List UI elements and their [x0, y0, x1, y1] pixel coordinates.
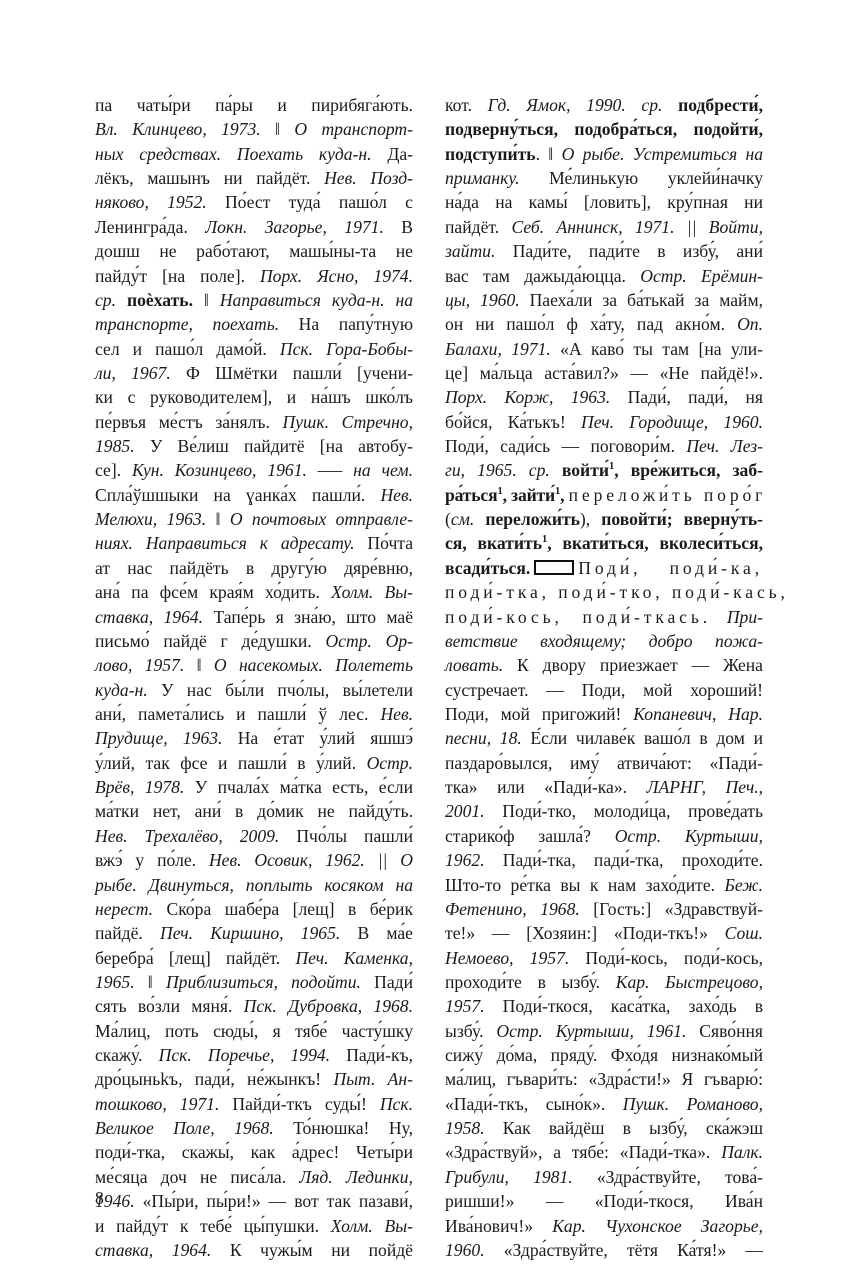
text-line: подступи́ть. ‖ О рыбе. Устремиться на: [445, 142, 763, 166]
citation-italic: цы, 1960.: [445, 290, 520, 310]
text-run: Поди́-кось, поди́-кось,: [569, 948, 763, 968]
text-run: По́чта: [354, 533, 413, 553]
text-line: тка» или «Пади́-ка». ЛАРНГ, Печ.,: [445, 775, 763, 799]
text-run: Поди, мой пригожий!: [445, 704, 633, 724]
citation-italic: 1965. ‖ Приблизиться, подойти.: [95, 972, 361, 992]
text-line: сустречает. — Поди, мой хороший!: [445, 678, 763, 702]
citation-italic: куда-н.: [95, 680, 148, 700]
citation-italic: Порх. Корж, 1963.: [445, 387, 610, 407]
text-line: кот. Гд. Ямок, 1990. ср. подбрести́,: [445, 93, 763, 117]
text-line: Вл. Клинцево, 1973. ‖ О транспорт-: [95, 117, 413, 141]
text-run: паздаро́вылся, иму́ атвича́ют: «Пади́-: [445, 753, 763, 773]
text-run: ришши!» — «Поди́-ткося, Ива́н: [445, 1191, 763, 1211]
text-run: тка» или «Пади́-ка».: [445, 777, 647, 797]
text-run: се].: [95, 460, 132, 480]
citation-italic: Пск. Дубровка, 1968.: [244, 996, 413, 1016]
text-run: Пчо́лы пашли́: [279, 826, 413, 846]
text-line: Прудище, 1963. На е́тат у́лий яшшэ́: [95, 726, 413, 750]
citation-italic: Холм. Вы-: [331, 582, 413, 602]
text-line: паздаро́вылся, иму́ атвича́ют: «Пади́-: [445, 751, 763, 775]
citation-italic: Нев. Трехалёво, 2009.: [95, 826, 279, 846]
text-run: це] ма́льца аста́вил?» — «Не пайдё!».: [445, 363, 763, 383]
citation-italic: Палк.: [721, 1142, 763, 1162]
text-run: сижу́ до́ма, пряду́. Фхо́дя низнако́мый: [445, 1045, 763, 1065]
citation-italic: см.: [451, 509, 474, 529]
text-run: Пади́, пади́, ня: [610, 387, 763, 407]
citation-italic: Вл. Клинцево, 1973. ‖ О транспорт-: [95, 119, 413, 139]
text-run: дошш не рабо́тают, машы́ны-та не: [95, 241, 413, 261]
citation-italic: лово, 1957. ‖ О насекомых. Полететь: [95, 655, 413, 675]
citation-italic: Грибули, 1981.: [445, 1167, 573, 1187]
citation-italic: приманку.: [445, 168, 519, 188]
text-run: скажу́.: [95, 1045, 159, 1065]
text-run: Поди́-тко, молоди́ца, прове́дать: [485, 801, 763, 821]
text-line: песни, 18. Е́сли чилаве́к вашо́л в дом и: [445, 726, 763, 750]
text-run: Пади́-тка, пади́-тка, проходи́те.: [485, 850, 763, 870]
text-line: Ива́нович!» Кар. Чухонское Загорье,: [445, 1214, 763, 1238]
headword-bold: ,: [560, 485, 568, 505]
text-line: се]. Кун. Козинцево, 1961. —– на чем.: [95, 458, 413, 482]
text-line: сять во́зли мяня́. Пск. Дубровка, 1968.: [95, 994, 413, 1018]
citation-italic: Локн. Загорье, 1971.: [205, 217, 384, 237]
text-run: па чаты́ри па́ры и пирибяга́ють.: [95, 95, 413, 115]
citation-italic: Пск. Гора-Бобы-: [280, 339, 413, 359]
text-run: [662, 95, 678, 115]
citation-italic: Себ. Аннинск, 1971. || Войти,: [511, 217, 763, 237]
citation-italic: Копаневич, Нар.: [633, 704, 763, 724]
citation-italic: ср.: [95, 290, 127, 310]
text-line: ызбу́. Остр. Куртыши, 1961. Сяво́ння: [445, 1019, 763, 1043]
text-line: вжэ́ у по́ле. Нев. Осовик, 1962. || О: [95, 848, 413, 872]
text-line: вас там дажыда́юцца. Остр. Ерёмин-: [445, 264, 763, 288]
text-run: Тапе́рь я зна́ю, што маё: [203, 607, 413, 627]
citation-italic: Печ. Каменка,: [295, 948, 413, 968]
text-run: Што-то ре́тка вы к нам захо́дите.: [445, 875, 724, 895]
text-line: 1957. Поди́-ткося, каса́тка, захо́дь в: [445, 994, 763, 1018]
text-line: поди́-тка, скажы́, как а́дрес! Четы́ри: [95, 1140, 413, 1164]
citation-italic: Направиться куда-н. на: [220, 290, 413, 310]
headword-bold: всади́ться.: [445, 558, 530, 578]
text-run: К чужы́м ни пойдё: [211, 1240, 413, 1260]
citation-italic: Остр. Ор-: [325, 631, 413, 651]
text-line: ловать. К двору приезжает — Жена: [445, 653, 763, 677]
text-run: у́лий, так фсе и пашли́ в у́лий.: [95, 753, 367, 773]
text-run: Пади́: [361, 972, 413, 992]
text-run: пайду́т [на поле].: [95, 266, 260, 286]
text-run: ки с руководителем], и на́шъ шко́лъ: [95, 387, 413, 407]
text-run: [Гость:] «Здравствуй-: [580, 899, 763, 919]
citation-italic: ниях. Направиться к адресату.: [95, 533, 354, 553]
citation-italic: Фетенино, 1968.: [445, 899, 580, 919]
text-line: (см. переложи́ть), повойти́; вверну́ть-: [445, 507, 763, 531]
text-run: ат нас пайдёть в другу́ю дяре́вню,: [95, 558, 413, 578]
citation-italic: Остр. Куртыши, 1961.: [496, 1021, 686, 1041]
text-run: [711, 607, 727, 627]
citation-italic: О рыбе. Устремиться на: [562, 144, 763, 164]
text-line: тошково, 1971. Пайди́-ткъ суды́! Пск.: [95, 1092, 413, 1116]
text-run: По́ест туда́ пашо́л с: [207, 192, 413, 212]
text-run: Пади́те, пади́те в избу́, ани́: [495, 241, 763, 261]
text-line: ли, 1967. Ф Шмётки пашли́ [учени-: [95, 361, 413, 385]
text-line: подверну́ться, подобра́ться, подойти́,: [445, 117, 763, 141]
text-line: ани́, памета́лись и пашли́ ў лес. Нев.: [95, 702, 413, 726]
text-run: То́нюшка! Ну,: [274, 1118, 413, 1138]
text-line: 1985. У Ве́лиш пайдитё [на автобу-: [95, 434, 413, 458]
text-run: пайдё.: [95, 923, 160, 943]
citation-italic: Гд. Ямок, 1990. ср.: [488, 95, 663, 115]
citation-italic: Остр. Ерёмин-: [640, 266, 763, 286]
spaced-phrase: Поди́, поди́-ка,: [578, 558, 763, 578]
text-run: ана́ па фсе́м края́м хо́дить.: [95, 582, 331, 602]
citation-italic: нерест.: [95, 899, 153, 919]
text-line: нерест. Ско́ра шабе́ра [лещ] в бе́рик: [95, 897, 413, 921]
text-run: На папу́тную: [279, 314, 413, 334]
text-line: старико́ф зашла́? Остр. Куртыши,: [445, 824, 763, 848]
text-run: «Здра́ствуйте, тётя Ка́тя!» —: [485, 1240, 763, 1260]
text-run: Поди́-ткося, каса́тка, захо́дь в: [485, 996, 763, 1016]
text-run: Как вайдёш в ызбу́, ска́жэш: [485, 1118, 763, 1138]
citation-italic: Печ. Киршино, 1965.: [160, 923, 340, 943]
text-run: пайдёт.: [445, 217, 511, 237]
phrase-marker-box-icon: [534, 560, 574, 575]
citation-italic: Пск. Поречье, 1994.: [159, 1045, 330, 1065]
citation-italic: Нев. Позд-: [324, 168, 413, 188]
text-run: Сяво́ння: [686, 1021, 763, 1041]
headword-bold: переложи́ть: [485, 509, 580, 529]
text-line: Ленингра́да. Локн. Загорье, 1971. В: [95, 215, 413, 239]
text-run: сустречает. — Поди, мой хороший!: [445, 680, 763, 700]
text-line: 1946. «Пы́ри, пы́ри!» — вот так пазави́,: [95, 1189, 413, 1213]
text-line: ных средствах. Поехать куда-н. Да-: [95, 142, 413, 166]
text-line: ана́ па фсе́м края́м хо́дить. Холм. Вы-: [95, 580, 413, 604]
text-line: Грибули, 1981. «Здра́ствуйте, това́-: [445, 1165, 763, 1189]
text-run: Ско́ра шабе́ра [лещ] в бе́рик: [153, 899, 413, 919]
text-line: Нев. Трехалёво, 2009. Пчо́лы пашли́: [95, 824, 413, 848]
headword-bold: , зайти́: [503, 485, 555, 505]
text-line: ставка, 1964. Тапе́рь я зна́ю, што маё: [95, 605, 413, 629]
text-line: няково, 1952. По́ест туда́ пашо́л с: [95, 190, 413, 214]
text-line: Балахи, 1971. «А каво́ ты там [на ули-: [445, 337, 763, 361]
text-line: лово, 1957. ‖ О насекомых. Полететь: [95, 653, 413, 677]
citation-italic: 1985.: [95, 436, 135, 456]
citation-italic: ветствие входящему; добро пожа-: [445, 631, 763, 651]
text-run: «Здра́ствуйте, това́-: [573, 1167, 763, 1187]
citation-italic: тошково, 1971.: [95, 1094, 219, 1114]
text-line: сел и пашо́л дамо́й. Пск. Гора-Бобы-: [95, 337, 413, 361]
citation-italic: песни, 18.: [445, 728, 522, 748]
citation-italic: 1957.: [445, 996, 485, 1016]
text-line: зайти. Пади́те, пади́те в избу́, ани́: [445, 239, 763, 263]
text-line: скажу́. Пск. Поречье, 1994. Пади́-къ,: [95, 1043, 413, 1067]
text-run: Паеха́ли за ба́тькай за майм,: [520, 290, 763, 310]
text-run: У нас бы́ли пчо́лы, вы́летели: [148, 680, 413, 700]
text-line: ср. поѐхать. ‖ Направиться куда-н. на: [95, 288, 413, 312]
citation-italic: рыбе. Двинуться, поплыть косяком на: [95, 875, 413, 895]
text-line: Порх. Корж, 1963. Пади́, пади́, ня: [445, 385, 763, 409]
citation-italic: 1960.: [445, 1240, 485, 1260]
text-run: Пади́-къ,: [330, 1045, 413, 1065]
citation-italic: Печ. Городище, 1960.: [581, 412, 763, 432]
citation-italic: Пыт. Ан-: [333, 1069, 413, 1089]
text-run: письмо́ пайдё г де́душки.: [95, 631, 325, 651]
text-line: «Пади́-ткъ, сыно́к». Пушк. Романово,: [445, 1092, 763, 1116]
spaced-phrase: поди́-тка, поди́-тко, поди́-кась,: [445, 582, 789, 602]
citation-italic: Печ. Лез-: [686, 436, 763, 456]
text-line: бо́йся, Ка́тькъ! Печ. Городище, 1960.: [445, 410, 763, 434]
text-run: ма́лиц, гъвари́ть: «Здра́сти!» Я гъварю́…: [445, 1069, 763, 1089]
citation-italic: Немоево, 1957.: [445, 948, 569, 968]
text-run: «Пади́-ткъ, сыно́к».: [445, 1094, 623, 1114]
text-run: и пайду́т к тебе́ цы́пушки.: [95, 1216, 331, 1236]
citation-italic: Беж.: [724, 875, 763, 895]
citation-italic: Ляд. Лединки,: [299, 1167, 413, 1187]
text-run: У пчала́х ма́тка есть, е́сли: [184, 777, 413, 797]
headword-bold: подступи́ть: [445, 144, 536, 164]
text-line: цы, 1960. Паеха́ли за ба́тькай за майм,: [445, 288, 763, 312]
text-line: ришши!» — «Поди́-ткося, Ива́н: [445, 1189, 763, 1213]
text-run: Да-: [372, 144, 413, 164]
text-run: сел и пашо́л дамо́й.: [95, 339, 280, 359]
text-run: вас там дажыда́юцца.: [445, 266, 640, 286]
text-run: ани́, памета́лись и пашли́ ў лес.: [95, 704, 380, 724]
text-line: Великое Поле, 1968. То́нюшка! Ну,: [95, 1116, 413, 1140]
text-line: ки с руководителем], и на́шъ шко́лъ: [95, 385, 413, 409]
text-line: пе́рвъя ме́стъ за́нялъ. Пушк. Стречно,: [95, 410, 413, 434]
citation-italic: Пушк. Стречно,: [283, 412, 413, 432]
citation-italic: Остр. Куртыши,: [615, 826, 763, 846]
text-line: «Здра́ствуй», а тябе́: «Пади́-тка». Палк…: [445, 1140, 763, 1164]
text-line: Врёв, 1978. У пчала́х ма́тка есть, е́сли: [95, 775, 413, 799]
headword-bold: подбрести́,: [678, 95, 763, 115]
page-number: 8: [95, 1186, 104, 1210]
text-run: лёкъ, машынъ ни пайдёт.: [95, 168, 324, 188]
headword-bold: , вкати́ться, вколеси́ться,: [547, 533, 763, 553]
text-line: беребра́ [лещ] пайдёт. Печ. Каменка,: [95, 946, 413, 970]
text-run: [474, 509, 485, 529]
citation-italic: Нев.: [380, 485, 413, 505]
left-column: па чаты́ри па́ры и пирибяга́ють.Вл. Клин…: [95, 93, 413, 1262]
citation-italic: ги, 1965. ср.: [445, 460, 550, 480]
text-run: К двору приезжает — Жена: [503, 655, 763, 675]
text-run: он ни пашо́л ф ха́ту, пад акно́м.: [445, 314, 737, 334]
text-line: приманку. Ме́линькую уклейи́начку: [445, 166, 763, 190]
text-line: пайдёт. Себ. Аннинск, 1971. || Войти,: [445, 215, 763, 239]
citation-italic: Пск.: [380, 1094, 413, 1114]
text-run: Пайди́-ткъ суды́!: [219, 1094, 379, 1114]
text-line: Мелюхи, 1963. ‖ О почтовых отправле-: [95, 507, 413, 531]
text-line: 1958. Как вайдёш в ызбу́, ска́жэш: [445, 1116, 763, 1140]
text-run: ызбу́.: [445, 1021, 496, 1041]
text-line: пайдё. Печ. Киршино, 1965. В ма́е: [95, 921, 413, 945]
citation-italic: Порх. Ясно, 1974.: [260, 266, 413, 286]
text-line: це] ма́льца аста́вил?» — «Не пайдё!».: [445, 361, 763, 385]
headword-bold: поѐхать.: [127, 290, 193, 310]
text-run: Ива́нович!»: [445, 1216, 552, 1236]
text-line: он ни пашо́л ф ха́ту, пад акно́м. Оп.: [445, 312, 763, 336]
citation-italic: Кар. Чухонское Загорье,: [552, 1216, 763, 1236]
citation-italic: Великое Поле, 1968.: [95, 1118, 274, 1138]
citation-italic: Остр.: [367, 753, 413, 773]
citation-italic: Нев. Осовик, 1962. || О: [209, 850, 413, 870]
citation-italic: няково, 1952.: [95, 192, 207, 212]
text-line: Што-то ре́тка вы к нам захо́дите. Беж.: [445, 873, 763, 897]
citation-italic: транспорте, поехать.: [95, 314, 279, 334]
text-line: Немоево, 1957. Поди́-кось, поди́-кось,: [445, 946, 763, 970]
text-run: Е́сли чилаве́к вашо́л в дом и: [522, 728, 763, 748]
text-run: вжэ́ у по́ле.: [95, 850, 209, 870]
citation-italic: ЛАРНГ, Печ.,: [647, 777, 763, 797]
text-run: Ленингра́да.: [95, 217, 205, 237]
text-run: «Здра́ствуй», а тябе́: «Пади́-тка».: [445, 1142, 721, 1162]
headword-bold: ра́ться: [445, 485, 497, 505]
text-run: сять во́зли мяня́.: [95, 996, 244, 1016]
citation-italic: ли, 1967.: [95, 363, 171, 383]
text-line: ги, 1965. ср. войти́1, вре́житься, заб-: [445, 458, 763, 482]
citation-italic: Нев.: [380, 704, 413, 724]
text-line: ат нас пайдёть в другу́ю дяре́вню,: [95, 556, 413, 580]
text-line: ся, вкати́ть1, вкати́ться, вколеси́ться,: [445, 531, 763, 555]
spaced-phrase: поди́-кось, поди́-ткась.: [445, 607, 711, 627]
text-run: те!» — [Хозяин:] «Поди-ткъ!»: [445, 923, 725, 943]
text-run: старико́ф зашла́?: [445, 826, 615, 846]
text-run: поди́-тка, скажы́, как а́дрес! Четы́ри: [95, 1142, 413, 1162]
text-line: Спла́ўшшыки на ɣанка́х пашли́. Нев.: [95, 483, 413, 507]
text-run: пе́рвъя ме́стъ за́нялъ.: [95, 412, 283, 432]
citation-italic: Прудище, 1963.: [95, 728, 222, 748]
text-run: проходи́те в ызбу́.: [445, 972, 616, 992]
text-line: ма́тки нет, ани́ в до́мик не пайду́ть.: [95, 799, 413, 823]
text-run: Ма́лиц, поть сюды́, я тябе́ часту́шку: [95, 1021, 413, 1041]
text-line: куда-н. У нас бы́ли пчо́лы, вы́летели: [95, 678, 413, 702]
citation-italic: ставка, 1964.: [95, 607, 203, 627]
text-line: поди́-тка, поди́-тко, поди́-кась,: [445, 580, 763, 604]
text-line: у́лий, так фсе и пашли́ в у́лий. Остр.: [95, 751, 413, 775]
text-run: В ма́е: [340, 923, 413, 943]
text-line: ветствие входящему; добро пожа-: [445, 629, 763, 653]
text-line: ма́лиц, гъвари́ть: «Здра́сти!» Я гъварю́…: [445, 1067, 763, 1091]
text-run: Поди́, сади́сь — поговори́м.: [445, 436, 686, 456]
text-line: дро́цыньkъ, пади́, не́жынкъ! Пыт. Ан-: [95, 1067, 413, 1091]
headword-bold: подверну́ться, подобра́ться, подойти́,: [445, 119, 763, 139]
citation-italic: При-: [727, 607, 763, 627]
text-run: кот.: [445, 95, 488, 115]
spaced-phrase: переложи́ть поро́г: [569, 485, 767, 505]
text-run: [550, 460, 562, 480]
text-line: на́да на камы́ [ловить], кру́пная ни: [445, 190, 763, 214]
citation-italic: Сош.: [725, 923, 763, 943]
text-run: Ме́линькую уклейи́начку: [519, 168, 763, 188]
text-line: проходи́те в ызбу́. Кар. Быстрецово,: [445, 970, 763, 994]
text-run: . ‖: [536, 144, 562, 164]
text-run: «Пы́ри, пы́ри!» — вот так пазави́,: [135, 1191, 413, 1211]
text-run: дро́цыньkъ, пади́, не́жынкъ!: [95, 1069, 333, 1089]
text-line: 1960. «Здра́ствуйте, тётя Ка́тя!» —: [445, 1238, 763, 1262]
text-line: поди́-кось, поди́-ткась. При-: [445, 605, 763, 629]
text-run: У Ве́лиш пайдитё [на автобу-: [135, 436, 413, 456]
headword-bold: войти́: [562, 460, 609, 480]
text-line: Поди́, сади́сь — поговори́м. Печ. Лез-: [445, 434, 763, 458]
text-run: ма́тки нет, ани́ в до́мик не пайду́ть.: [95, 801, 413, 821]
citation-italic: Кун. Козинцево, 1961. —– на чем.: [132, 460, 413, 480]
text-run: на́да на камы́ [ловить], кру́пная ни: [445, 192, 763, 212]
text-line: 1962. Пади́-тка, пади́-тка, проходи́те.: [445, 848, 763, 872]
citation-italic: Кар. Быстрецово,: [616, 972, 763, 992]
headword-bold: ся, вкати́ть: [445, 533, 542, 553]
headword-bold: , вре́житься, заб-: [614, 460, 763, 480]
text-line: и пайду́т к тебе́ цы́пушки. Холм. Вы-: [95, 1214, 413, 1238]
text-line: всади́ться.Поди́, поди́-ка,: [445, 556, 763, 580]
text-line: лёкъ, машынъ ни пайдёт. Нев. Позд-: [95, 166, 413, 190]
citation-italic: зайти.: [445, 241, 495, 261]
text-line: рыбе. Двинуться, поплыть косяком на: [95, 873, 413, 897]
text-run: В: [384, 217, 413, 237]
text-run: беребра́ [лещ] пайдёт.: [95, 948, 295, 968]
text-line: пайду́т [на поле]. Порх. Ясно, 1974.: [95, 264, 413, 288]
citation-italic: Балахи, 1971.: [445, 339, 551, 359]
citation-italic: Врёв, 1978.: [95, 777, 184, 797]
text-line: Фетенино, 1968. [Гость:] «Здравствуй-: [445, 897, 763, 921]
citation-italic: ных средствах. Поехать куда-н.: [95, 144, 372, 164]
text-run: Ф Шмётки пашли́ [учени-: [171, 363, 413, 383]
text-line: те!» — [Хозяин:] «Поди-ткъ!» Сош.: [445, 921, 763, 945]
text-run: ме́сяца доч не писа́ла.: [95, 1167, 299, 1187]
citation-italic: 1962.: [445, 850, 485, 870]
text-line: Поди, мой пригожий! Копаневич, Нар.: [445, 702, 763, 726]
text-line: 2001. Поди́-тко, молоди́ца, прове́дать: [445, 799, 763, 823]
text-run: ),: [580, 509, 601, 529]
text-line: транспорте, поехать. На папу́тную: [95, 312, 413, 336]
right-column: кот. Гд. Ямок, 1990. ср. подбрести́,подв…: [445, 93, 763, 1262]
citation-italic: Холм. Вы-: [331, 1216, 413, 1236]
text-run: «А каво́ ты там [на ули-: [551, 339, 763, 359]
citation-italic: Мелюхи, 1963. ‖ О почтовых отправле-: [95, 509, 413, 529]
citation-italic: 2001.: [445, 801, 485, 821]
text-line: ниях. Направиться к адресату. По́чта: [95, 531, 413, 555]
text-line: письмо́ пайдё г де́душки. Остр. Ор-: [95, 629, 413, 653]
citation-italic: ловать.: [445, 655, 503, 675]
text-line: 1965. ‖ Приблизиться, подойти. Пади́: [95, 970, 413, 994]
headword-bold: повойти́; вверну́ть-: [601, 509, 763, 529]
text-run: бо́йся, Ка́тькъ!: [445, 412, 581, 432]
text-line: сижу́ до́ма, пряду́. Фхо́дя низнако́мый: [445, 1043, 763, 1067]
citation-italic: Оп.: [737, 314, 763, 334]
text-line: дошш не рабо́тают, машы́ны-та не: [95, 239, 413, 263]
text-line: ра́ться1, зайти́1, переложи́ть поро́г: [445, 483, 763, 507]
citation-italic: 1958.: [445, 1118, 485, 1138]
citation-italic: ставка, 1964.: [95, 1240, 211, 1260]
text-line: ставка, 1964. К чужы́м ни пойдё: [95, 1238, 413, 1262]
text-line: Ма́лиц, поть сюды́, я тябе́ часту́шку: [95, 1019, 413, 1043]
text-line: па чаты́ри па́ры и пирибяга́ють.: [95, 93, 413, 117]
text-line: ме́сяца доч не писа́ла. Ляд. Лединки,: [95, 1165, 413, 1189]
text-run: На е́тат у́лий яшшэ́: [222, 728, 413, 748]
text-run: ‖: [193, 290, 220, 310]
text-run: Спла́ўшшыки на ɣанка́х пашли́.: [95, 485, 380, 505]
citation-italic: Пушк. Романово,: [623, 1094, 763, 1114]
